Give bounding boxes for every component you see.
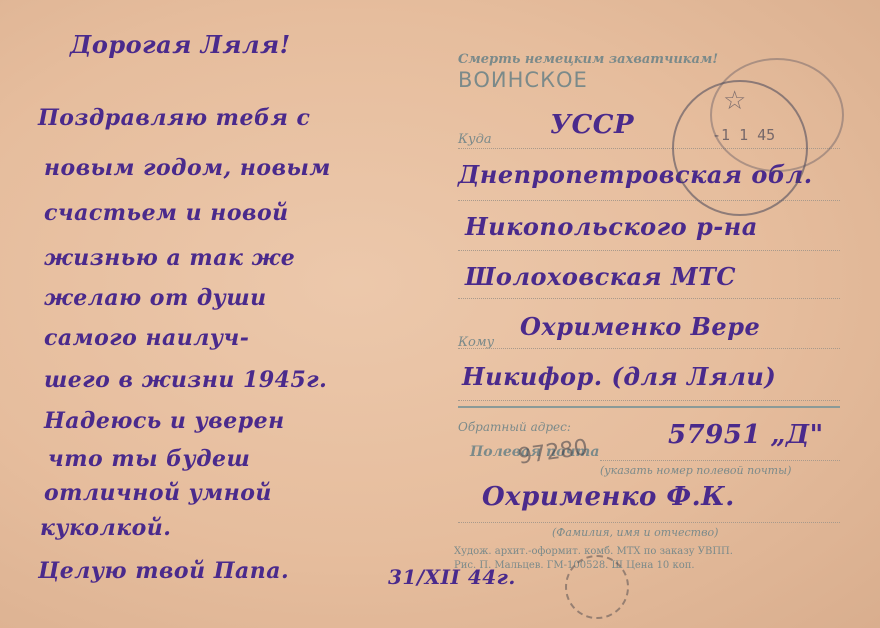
- address-rule: [458, 348, 840, 349]
- letter-line: что ты будеш: [48, 446, 250, 472]
- letter-line: жизнью а так же: [44, 245, 295, 271]
- sender-hint: (Фамилия, имя и отчество): [552, 526, 718, 539]
- slogan: Смерть немецким захватчикам!: [458, 52, 718, 67]
- letter-line: Надеюсь и уверен: [44, 408, 285, 434]
- postcard: Дорогая Ляля! Поздравляю тебя с новым го…: [0, 0, 880, 628]
- to-line: Шолоховская МТС: [465, 262, 736, 291]
- section-divider: [458, 406, 840, 408]
- field-post-hint: (указать номер полевой почты): [600, 464, 791, 477]
- address-rule: [458, 298, 840, 299]
- letter-line: самого наилуч-: [44, 325, 249, 351]
- letter-line: счастьем и новой: [44, 200, 289, 226]
- address-rule: [600, 460, 840, 461]
- address-rule: [458, 522, 840, 523]
- postmark-date: -1 1 45: [712, 126, 775, 144]
- letter-line: желаю от души: [44, 285, 267, 311]
- whom-line: Никифор. (для Ляли): [462, 362, 776, 391]
- form-title: ВОИНСКОЕ: [458, 68, 588, 92]
- whom-line: Охрименко Вере: [520, 312, 760, 341]
- address-rule: [458, 250, 840, 251]
- letter-line: новым годом, новым: [44, 155, 331, 181]
- smudged-stamp: [565, 555, 629, 619]
- address-rule: [458, 400, 840, 401]
- field-post-number: 57951 „Д": [668, 420, 824, 450]
- star-icon: ☆: [723, 86, 746, 116]
- censor-stamp: 97280: [517, 435, 590, 469]
- letter-signature: Целую твой Папа.: [38, 558, 289, 584]
- to-label: Куда: [458, 132, 492, 147]
- return-label: Обратный адрес:: [458, 420, 571, 434]
- to-line: Никопольского р-на: [465, 212, 758, 241]
- sender-name: Охрименко Ф.К.: [482, 482, 735, 512]
- letter-line: Поздравляю тебя с: [38, 105, 310, 131]
- letter-line: куколкой.: [40, 515, 171, 541]
- letter-greeting: Дорогая Ляля!: [70, 30, 291, 59]
- letter-line: шего в жизни 1945г.: [44, 367, 327, 393]
- to-line: УССР: [550, 110, 634, 140]
- letter-line: отличной умной: [44, 480, 272, 506]
